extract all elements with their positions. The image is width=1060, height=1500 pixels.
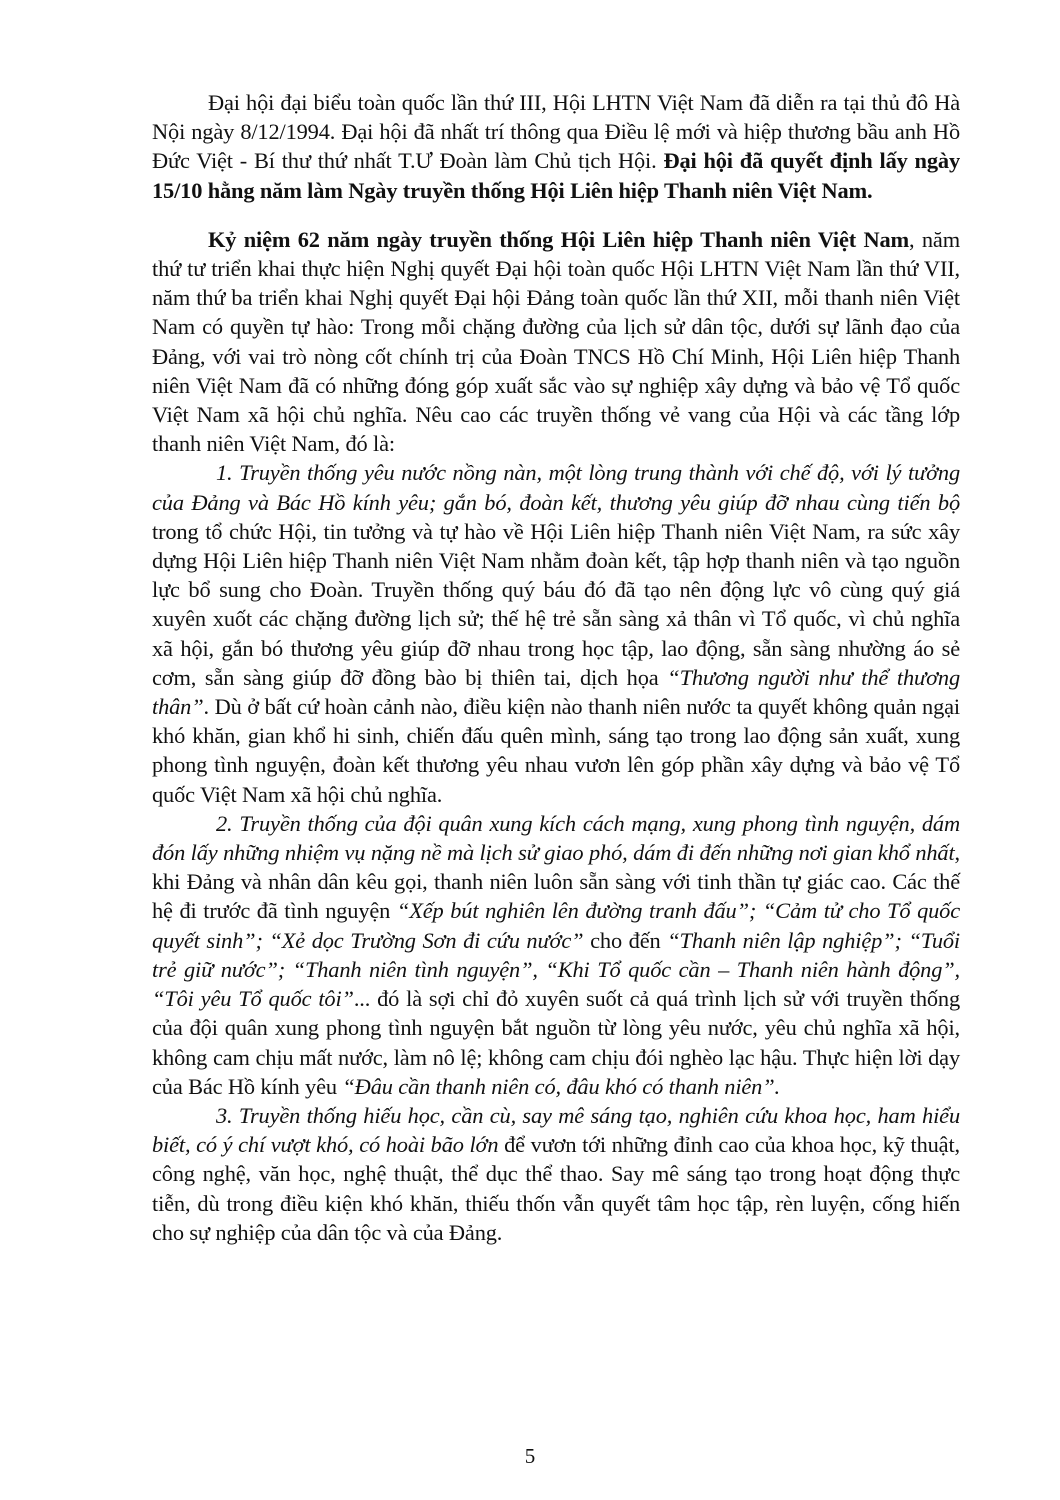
paragraph-anniversary-62: Kỷ niệm 62 năm ngày truyền thống Hội Liê… (152, 225, 960, 459)
italic-text-run: “Đâu cần thanh niên có, đâu khó có thanh… (342, 1074, 780, 1099)
bold-text-run: Kỷ niệm 62 năm ngày truyền thống Hội Liê… (208, 227, 909, 252)
text-run: , năm thứ tư triển khai thực hiện Nghị q… (152, 227, 960, 456)
paragraph-tradition-3: 3. Truyền thống hiếu học, cần cù, say mê… (152, 1101, 960, 1247)
document-page: Đại hội đại biểu toàn quốc lần thứ III, … (152, 88, 960, 1247)
text-run: cho đến (583, 928, 667, 953)
paragraph-tradition-1: 1. Truyền thống yêu nước nồng nàn, một l… (152, 458, 960, 808)
paragraph-congress-iii: Đại hội đại biểu toàn quốc lần thứ III, … (152, 88, 960, 205)
italic-text-run: 1. Truyền thống yêu nước nồng nàn, một l… (152, 460, 960, 514)
text-run: . Dù ở bất cứ hoàn cảnh nào, điều kiện n… (152, 694, 960, 807)
paragraph-tradition-2: 2. Truyền thống của đội quân xung kích c… (152, 809, 960, 1101)
page-number: 5 (0, 1444, 1060, 1469)
italic-text-run: 2. Truyền thống của đội quân xung kích c… (152, 811, 960, 865)
